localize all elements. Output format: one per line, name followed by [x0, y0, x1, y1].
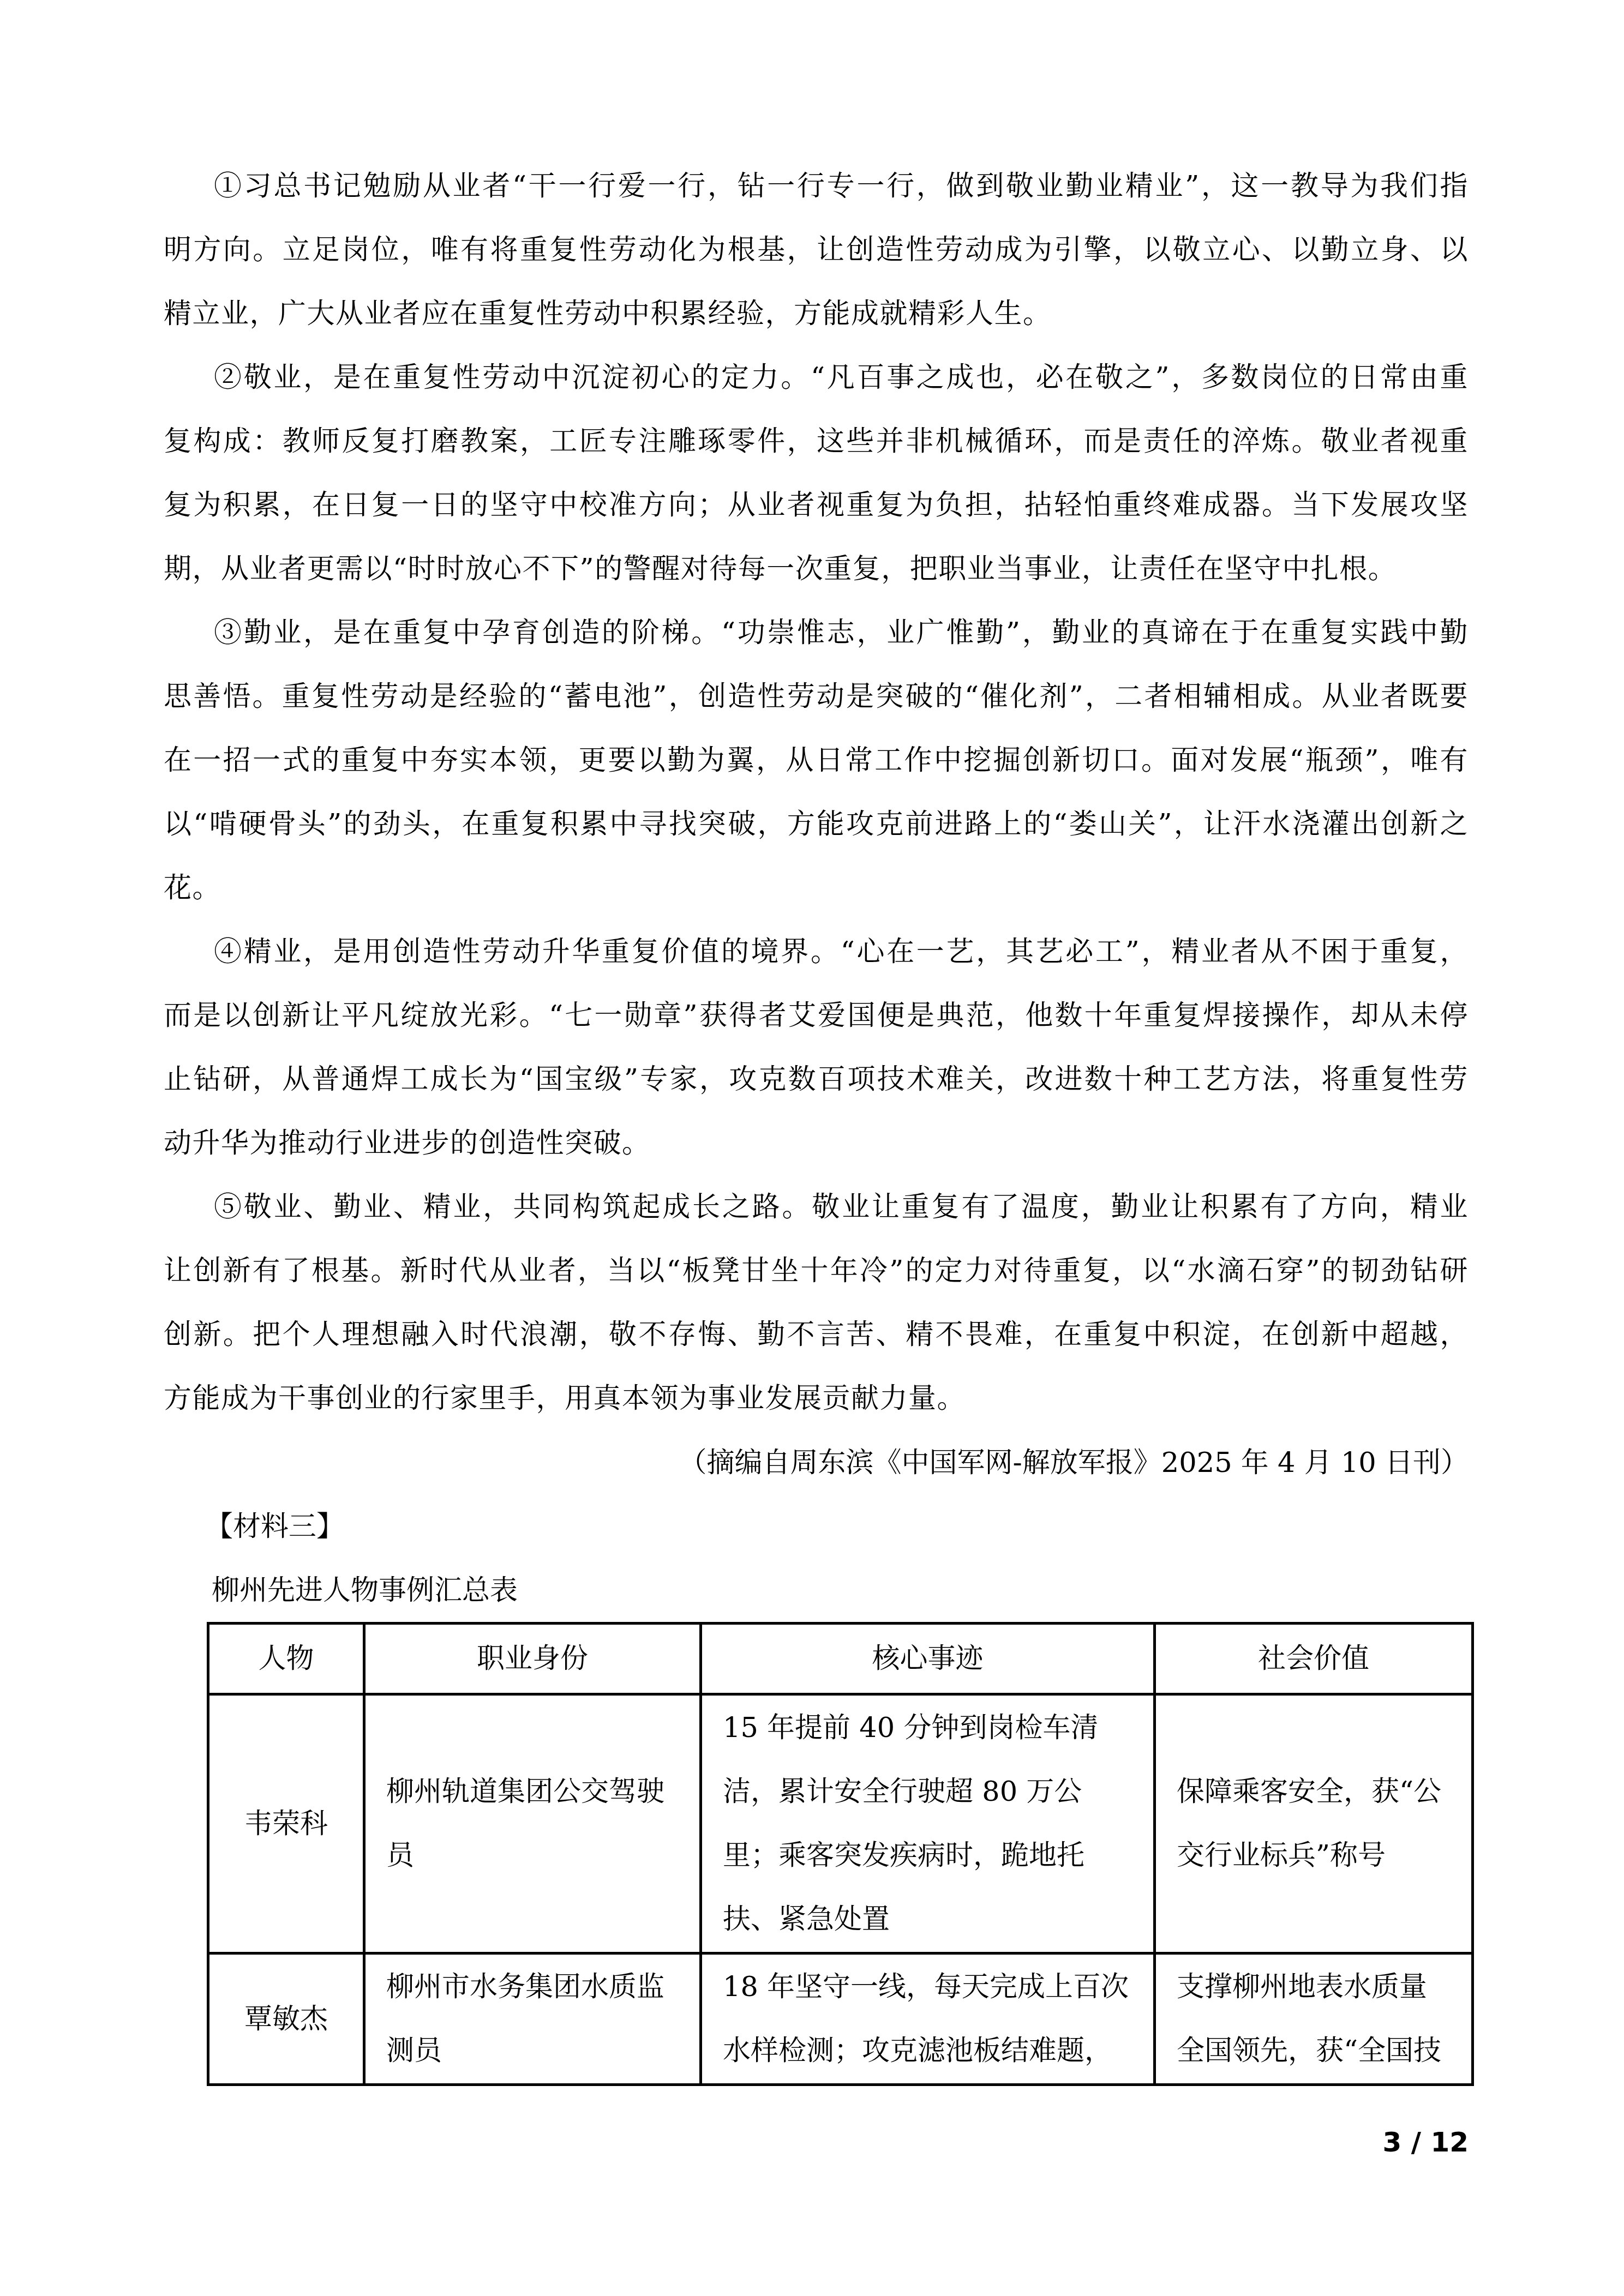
- paragraph-line: 方能成为干事创业的行家里手，用真本领为事业发展贡献力量。: [164, 1377, 1469, 1421]
- cell-deeds: 15 年提前 40 分钟到岗检车清 洁，累计安全行驶超 80 万公 里；乘客突发…: [701, 1694, 1155, 1954]
- paragraph-line: ②敬业，是在重复性劳动中沉淀初心的定力。“凡百事之成也，必在敬之”，多数岗位的日…: [214, 356, 1469, 400]
- column-header-person: 人物: [208, 1624, 364, 1694]
- document-page: ①习总书记勉励从业者“干一行爱一行，钻一行专一行，做到敬业勤业精业”，这一教导为…: [0, 0, 1624, 2296]
- cell-line: 柳州市水务集团水质监: [386, 1955, 683, 2019]
- cell-line: 18 年坚守一线，每天完成上百次: [723, 1955, 1137, 2019]
- cell-occupation: 柳州市水务集团水质监 测员: [364, 1954, 701, 2085]
- cell-person: 韦荣科: [208, 1694, 364, 1954]
- cell-person: 覃敏杰: [208, 1954, 364, 2085]
- table-header-row: 人物 职业身份 核心事迹 社会价值: [208, 1624, 1473, 1694]
- cell-line: 15 年提前 40 分钟到岗检车清: [723, 1696, 1137, 1760]
- table-row: 韦荣科 柳州轨道集团公交驾驶 员 15 年提前 40 分钟到岗检车清 洁，累计安…: [208, 1694, 1473, 1954]
- material-header: 【材料三】: [205, 1505, 344, 1549]
- paragraph-line: 创新。把个人理想融入时代浪潮，敬不存悔、勤不言苦、精不畏难，在重复中积淀，在创新…: [164, 1313, 1469, 1357]
- paragraph-line: 明方向。立足岗位，唯有将重复性劳动化为根基，让创造性劳动成为引擎，以敬立心、以勤…: [164, 229, 1469, 272]
- column-header-occupation: 职业身份: [364, 1624, 701, 1694]
- cell-line: 测员: [386, 2019, 683, 2083]
- paragraph-line: 思善悟。重复性劳动是经验的“蓄电池”，创造性劳动是突破的“催化剂”，二者相辅相成…: [164, 675, 1469, 719]
- column-header-deeds: 核心事迹: [701, 1624, 1155, 1694]
- cell-line: 交行业标兵”称号: [1177, 1824, 1455, 1888]
- paragraph-line: ⑤敬业、勤业、精业，共同构筑起成长之路。敬业让重复有了温度，勤业让积累有了方向，…: [214, 1186, 1469, 1229]
- paragraph-line: 复构成：教师反复打磨教案，工匠专注雕琢零件，这些并非机械循环，而是责任的淬炼。敬…: [164, 420, 1469, 464]
- paragraph-line: 让创新有了根基。新时代从业者，当以“板凳甘坐十年冷”的定力对待重复，以“水滴石穿…: [164, 1249, 1469, 1293]
- page-number: 3 / 12: [1383, 2126, 1469, 2159]
- cell-value: 保障乘客安全，获“公 交行业标兵”称号: [1155, 1694, 1473, 1954]
- cell-line: 支撑柳州地表水质量: [1177, 1955, 1455, 2019]
- paragraph-line: 以“啃硬骨头”的劲头，在重复积累中寻找突破，方能攻克前进路上的“娄山关”，让汗水…: [164, 803, 1469, 846]
- paragraph-line: 复为积累，在日复一日的坚守中校准方向；从业者视重复为负担，拈轻怕重终难成器。当下…: [164, 484, 1469, 527]
- records-table: 人物 职业身份 核心事迹 社会价值 韦荣科 柳州轨道集团公交驾驶 员 15 年提…: [207, 1622, 1474, 2086]
- cell-line: 里；乘客突发疾病时，跪地托: [723, 1824, 1137, 1888]
- paragraph-line: 在一招一式的重复中夯实本领，更要以勤为翼，从日常工作中挖掘创新切口。面对发展“瓶…: [164, 739, 1469, 783]
- paragraph-line: ①习总书记勉励从业者“干一行爱一行，钻一行专一行，做到敬业勤业精业”，这一教导为…: [214, 165, 1469, 208]
- column-header-value: 社会价值: [1155, 1624, 1473, 1694]
- records-table-container: 人物 职业身份 核心事迹 社会价值 韦荣科 柳州轨道集团公交驾驶 员 15 年提…: [207, 1622, 1471, 2086]
- cell-occupation: 柳州轨道集团公交驾驶 员: [364, 1694, 701, 1954]
- paragraph-line: 而是以创新让平凡绽放光彩。“七一勋章”获得者艾爱国便是典范，他数十年重复焊接操作…: [164, 994, 1469, 1038]
- cell-line: 员: [386, 1824, 683, 1888]
- paragraph-line: 精立业，广大从业者应在重复性劳动中积累经验，方能成就精彩人生。: [164, 292, 1469, 336]
- cell-line: 柳州轨道集团公交驾驶: [386, 1760, 683, 1824]
- paragraph-line: 止钻研，从普通焊工成长为“国宝级”专家，攻克数百项技术难关，改进数十种工艺方法，…: [164, 1058, 1469, 1102]
- paragraph-line: ④精业，是用创造性劳动升华重复价值的境界。“心在一艺，其艺必工”，精业者从不困于…: [214, 930, 1469, 974]
- cell-line: 水样检测；攻克滤池板结难题，: [723, 2019, 1137, 2083]
- cell-value: 支撑柳州地表水质量 全国领先，获“全国技: [1155, 1954, 1473, 2085]
- cell-line: 扶、紧急处置: [723, 1888, 1137, 1951]
- paragraph-line: 花。: [164, 867, 1469, 910]
- table-row: 覃敏杰 柳州市水务集团水质监 测员 18 年坚守一线，每天完成上百次 水样检测；…: [208, 1954, 1473, 2085]
- table-title: 柳州先进人物事例汇总表: [212, 1569, 518, 1613]
- paragraph-line: 动升华为推动行业进步的创造性突破。: [164, 1122, 1469, 1165]
- cell-line: 全国领先，获“全国技: [1177, 2019, 1455, 2083]
- paragraph-line: ③勤业，是在重复中孕育创造的阶梯。“功崇惟志，业广惟勤”，勤业的真谛在于在重复实…: [214, 611, 1469, 655]
- cell-deeds: 18 年坚守一线，每天完成上百次 水样检测；攻克滤池板结难题，: [701, 1954, 1155, 2085]
- cell-line: 洁，累计安全行驶超 80 万公: [723, 1760, 1137, 1824]
- paragraph-line: 期，从业者更需以“时时放心不下”的警醒对待每一次重复，把职业当事业，让责任在坚守…: [164, 548, 1469, 591]
- cell-line: 保障乘客安全，获“公: [1177, 1760, 1455, 1824]
- article-citation: （摘编自周东滨《中国军网-解放军报》2025 年 4 月 10 日刊）: [679, 1441, 1469, 1485]
